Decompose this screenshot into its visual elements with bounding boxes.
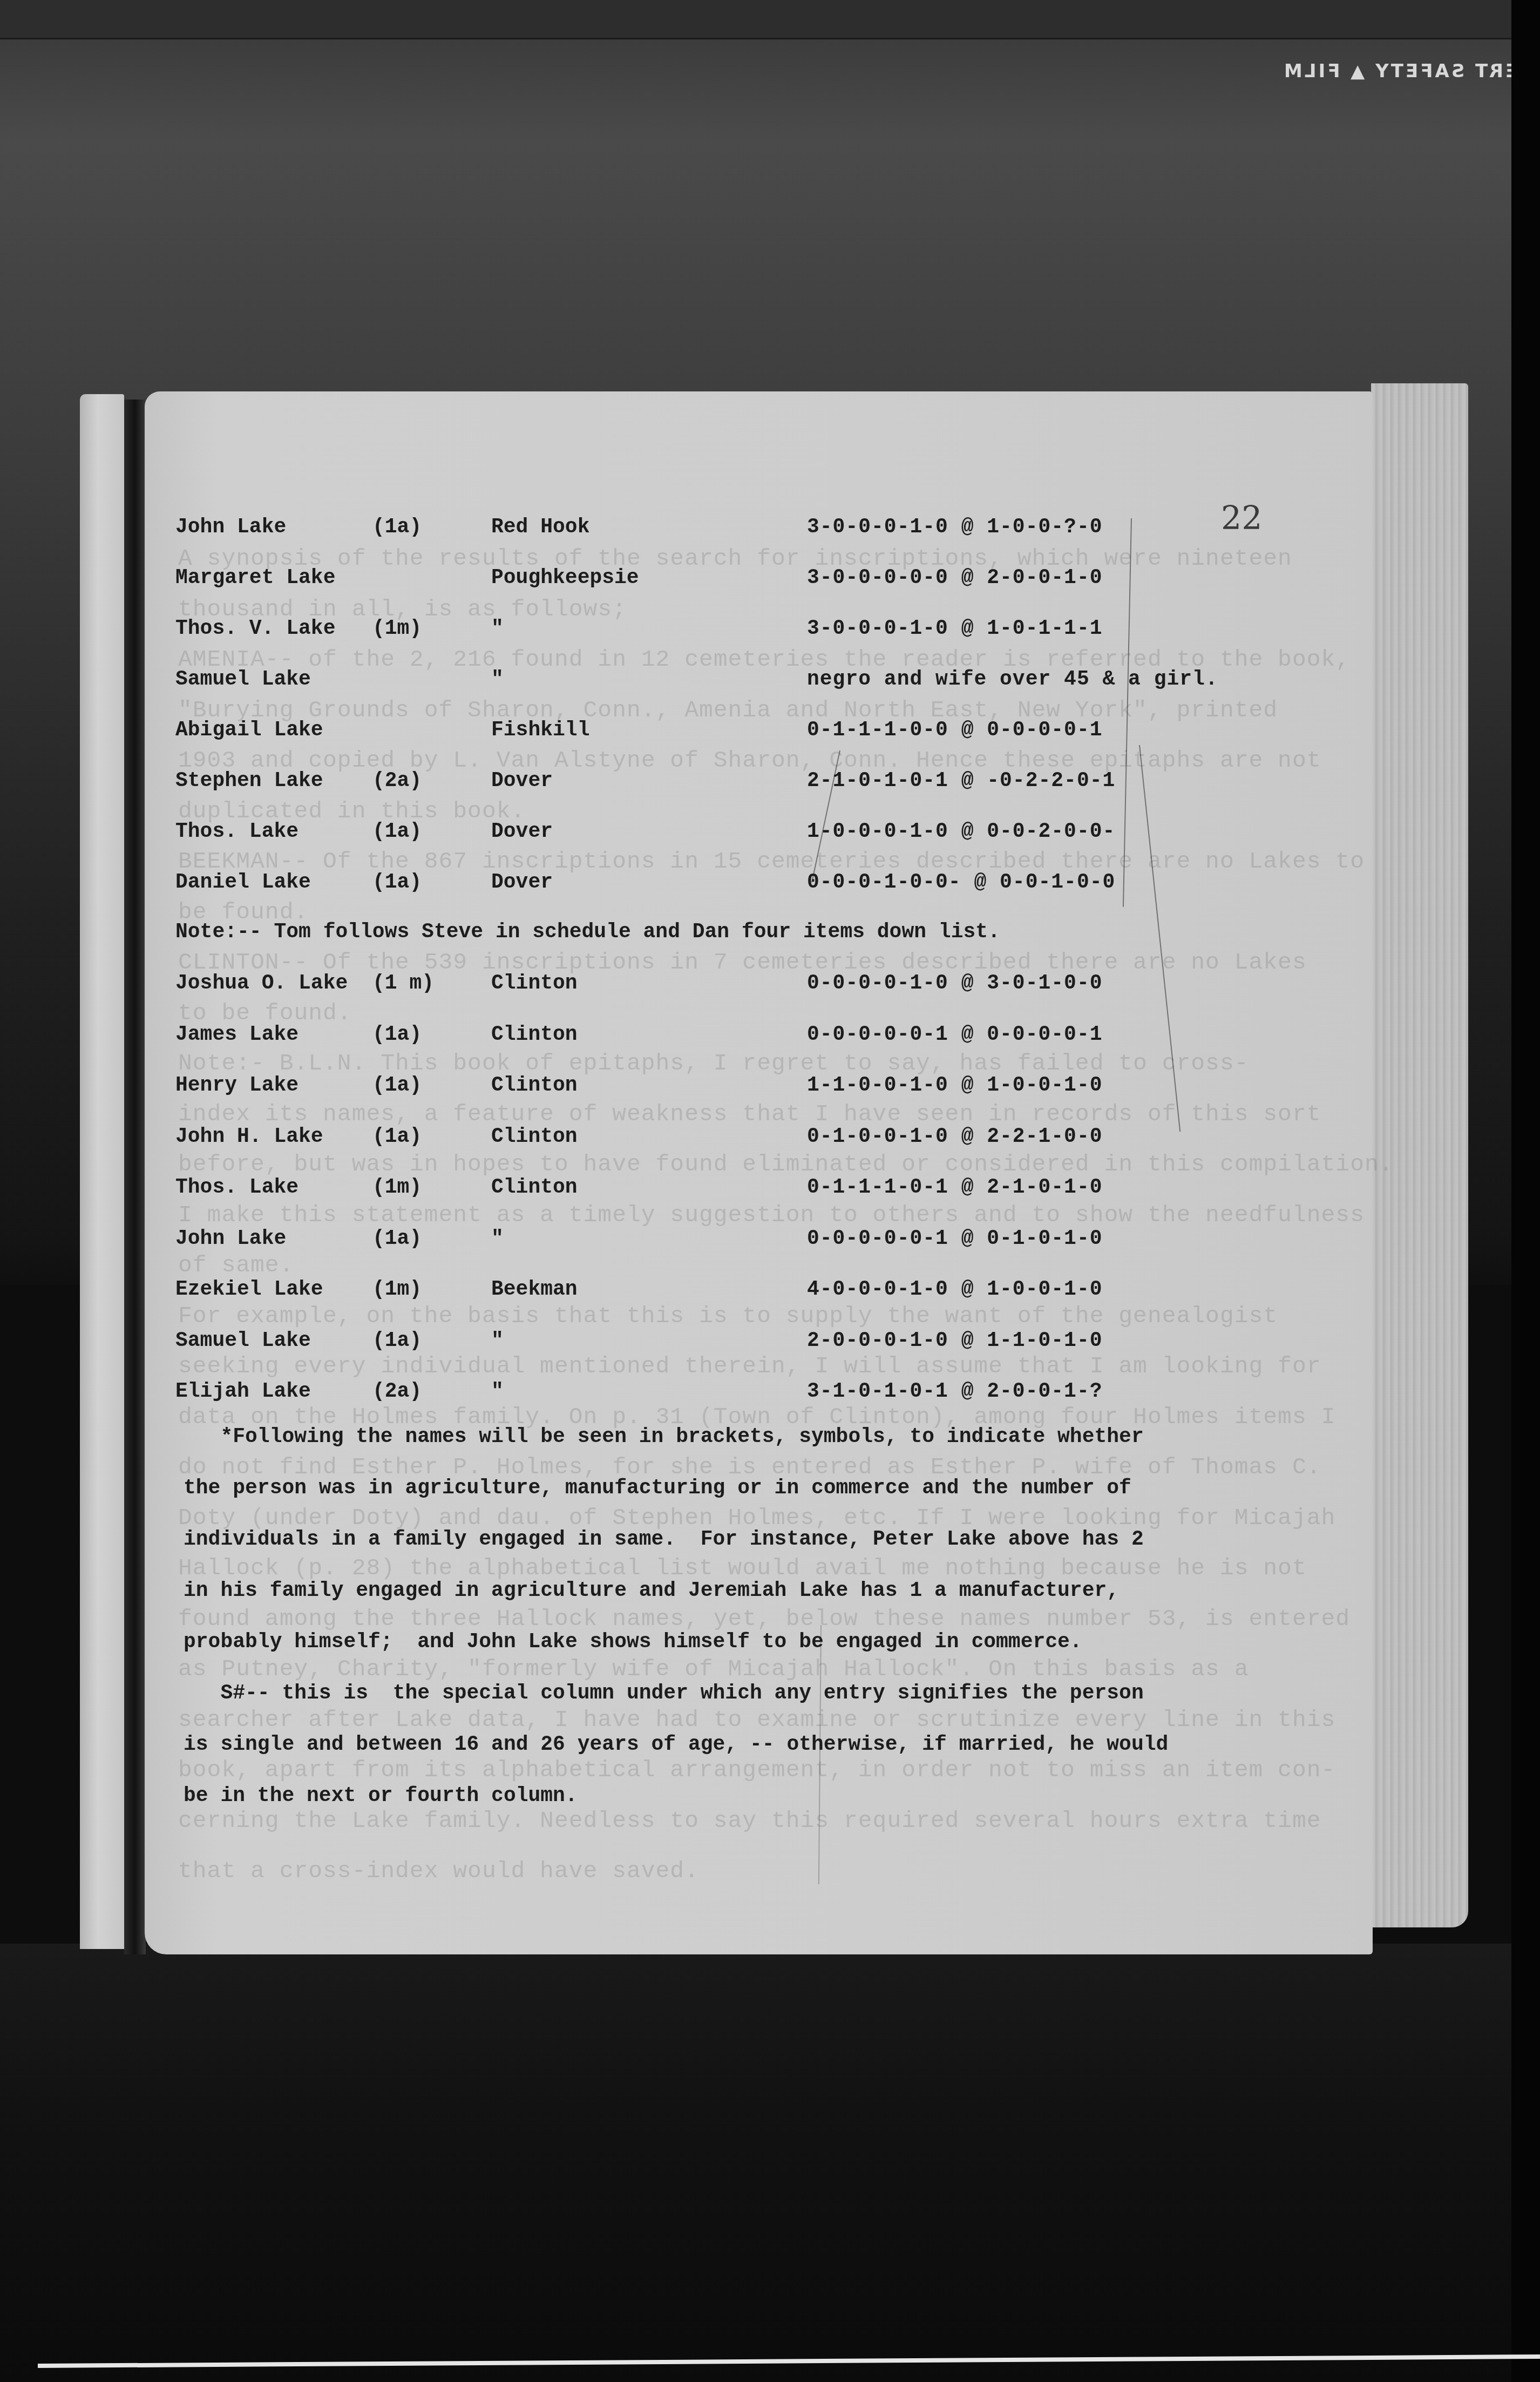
record-row: Thos. Lake(1m)Clinton0-1-1-1-0-1 @ 2-1-0…: [0, 1176, 1540, 1208]
occupation-code: (2a): [372, 769, 422, 793]
bleed-through-line: as Putney, Charity, "formerly wife of Mi…: [178, 1656, 1249, 1682]
census-counts: 3-0-0-0-0-0 @ 2-0-0-1-0: [807, 566, 1103, 590]
record-row: James Lake(1a)Clinton0-0-0-0-0-1 @ 0-0-0…: [0, 1023, 1540, 1055]
occupation-code: (2a): [372, 1380, 422, 1403]
bleed-through-line: searcher after Lake data, I have had to …: [178, 1707, 1335, 1733]
paragraph-line: be in the next or fourth column.: [184, 1784, 578, 1808]
town: Dover: [491, 820, 553, 843]
census-counts: 4-0-0-0-1-0 @ 1-0-0-1-0: [807, 1278, 1103, 1301]
record-row: Abigail LakeFishkill0-1-1-1-0-0 @ 0-0-0-…: [0, 719, 1540, 751]
person-name: Thos. Lake: [175, 1176, 298, 1199]
occupation-code: (1a): [372, 871, 422, 894]
film-edge-label: VAERT SAFETY ▲ FILM: [1282, 60, 1540, 82]
occupation-code: (1a): [372, 516, 422, 539]
person-name: Thos. V. Lake: [175, 617, 335, 640]
census-counts: 1-0-0-0-1-0 @ 0-0-2-0-0-: [807, 820, 1115, 843]
record-row: Samuel Lake(1a)"2-0-0-0-1-0 @ 1-1-0-1-0: [0, 1329, 1540, 1362]
film-background-bottom: [0, 1944, 1511, 2382]
record-row: Thos. Lake(1a)Dover1-0-0-0-1-0 @ 0-0-2-0…: [0, 820, 1540, 852]
town: ": [491, 1329, 504, 1352]
occupation-code: (1a): [372, 1023, 422, 1046]
record-row: Elijah Lake(2a)"3-1-0-1-0-1 @ 2-0-0-1-?: [0, 1380, 1540, 1412]
town: Red Hook: [491, 516, 589, 539]
record-row: John Lake(1a)"0-0-0-0-0-1 @ 0-1-0-1-0: [0, 1227, 1540, 1260]
census-counts: 3-0-0-0-1-0 @ 1-0-1-1-1: [807, 617, 1103, 640]
town: Clinton: [491, 1023, 578, 1046]
census-counts: 2-0-0-0-1-0 @ 1-1-0-1-0: [807, 1329, 1103, 1352]
record-row: John Lake(1a)Red Hook3-0-0-0-1-0 @ 1-0-0…: [0, 516, 1540, 548]
person-name: Samuel Lake: [175, 1329, 311, 1352]
person-name: Joshua O. Lake: [175, 972, 348, 995]
occupation-code: (1a): [372, 1329, 422, 1352]
occupation-code: (1m): [372, 1176, 422, 1199]
person-name: Margaret Lake: [175, 566, 335, 590]
person-name: John Lake: [175, 516, 286, 539]
bleed-through-line: book, apart from its alphabetical arrang…: [178, 1757, 1335, 1783]
town: Dover: [491, 769, 553, 793]
occupation-code: (1a): [372, 820, 422, 843]
record-row: John H. Lake(1a)Clinton0-1-0-0-1-0 @ 2-2…: [0, 1125, 1540, 1158]
occupation-code: (1a): [372, 1125, 422, 1148]
paragraph-line: probably himself; and John Lake shows hi…: [184, 1630, 1082, 1654]
person-name: Samuel Lake: [175, 668, 311, 691]
bleed-through-line: that a cross-index would have saved.: [178, 1858, 699, 1884]
paragraph-line: S#-- this is the special column under wh…: [184, 1682, 1144, 1705]
town: ": [491, 668, 504, 691]
person-name: Henry Lake: [175, 1074, 298, 1097]
census-counts: 0-0-0-1-0-0- @ 0-0-1-0-0: [807, 871, 1115, 894]
town: Clinton: [491, 1074, 578, 1097]
census-counts: 0-0-0-0-1-0 @ 3-0-1-0-0: [807, 972, 1103, 995]
census-counts: 3-1-0-1-0-1 @ 2-0-0-1-?: [807, 1380, 1103, 1403]
person-name: Ezekiel Lake: [175, 1278, 323, 1301]
record-row: Stephen Lake(2a)Dover2-1-0-1-0-1 @ -0-2-…: [0, 769, 1540, 802]
paragraph-line: the person was in agriculture, manufactu…: [184, 1477, 1131, 1500]
census-counts: 0-0-0-0-0-1 @ 0-0-0-0-1: [807, 1023, 1103, 1046]
person-name: John Lake: [175, 1227, 286, 1250]
town: Clinton: [491, 972, 578, 995]
record-row: Henry Lake(1a)Clinton1-1-0-0-1-0 @ 1-0-0…: [0, 1074, 1540, 1106]
record-row: Samuel Lake"negro and wife over 45 & a g…: [0, 668, 1540, 700]
census-counts: 2-1-0-1-0-1 @ -0-2-2-0-1: [807, 769, 1115, 793]
person-name: John H. Lake: [175, 1125, 323, 1148]
census-counts: negro and wife over 45 & a girl.: [807, 668, 1218, 691]
paragraph-line: is single and between 16 and 26 years of…: [184, 1733, 1168, 1756]
record-row: Thos. V. Lake(1m)"3-0-0-0-1-0 @ 1-0-1-1-…: [0, 617, 1540, 649]
paragraph-line: *Following the names will be seen in bra…: [184, 1425, 1144, 1449]
town: Dover: [491, 871, 553, 894]
town: Fishkill: [491, 719, 589, 742]
town: ": [491, 1380, 504, 1403]
census-counts: 3-0-0-0-1-0 @ 1-0-0-?-0: [807, 516, 1103, 539]
bleed-through-line: Hallock (p. 28) the alphabetical list wo…: [178, 1555, 1307, 1581]
paragraph-line: individuals in a family engaged in same.…: [184, 1528, 1144, 1551]
census-counts: 0-0-0-0-0-1 @ 0-1-0-1-0: [807, 1227, 1103, 1250]
person-name: Daniel Lake: [175, 871, 311, 894]
census-counts: 0-1-1-1-0-1 @ 2-1-0-1-0: [807, 1176, 1103, 1199]
town: Clinton: [491, 1176, 578, 1199]
film-top-band: [0, 0, 1511, 39]
town: Beekman: [491, 1278, 578, 1301]
record-row: Margaret LakePoughkeepsie3-0-0-0-0-0 @ 2…: [0, 566, 1540, 599]
record-row: Daniel Lake(1a)Dover0-0-0-1-0-0- @ 0-0-1…: [0, 871, 1540, 903]
record-row: Joshua O. Lake(1 m)Clinton0-0-0-0-1-0 @ …: [0, 972, 1540, 1004]
schedule-note: Note:-- Tom follows Steve in schedule an…: [175, 921, 1000, 944]
occupation-code: (1m): [372, 617, 422, 640]
person-name: James Lake: [175, 1023, 298, 1046]
person-name: Abigail Lake: [175, 719, 323, 742]
census-counts: 0-1-1-1-0-0 @ 0-0-0-0-1: [807, 719, 1103, 742]
occupation-code: (1a): [372, 1227, 422, 1250]
town: Clinton: [491, 1125, 578, 1148]
record-row: Ezekiel Lake(1m)Beekman4-0-0-0-1-0 @ 1-0…: [0, 1278, 1540, 1310]
person-name: Stephen Lake: [175, 769, 323, 793]
bleed-through-line: cerning the Lake family. Needless to say…: [178, 1808, 1321, 1834]
town: Poughkeepsie: [491, 566, 639, 590]
census-counts: 1-1-0-0-1-0 @ 1-0-0-1-0: [807, 1074, 1103, 1097]
occupation-code: (1 m): [372, 972, 434, 995]
bleed-through-line: found among the three Hallock names, yet…: [178, 1606, 1350, 1632]
person-name: Elijah Lake: [175, 1380, 311, 1403]
census-counts: 0-1-0-0-1-0 @ 2-2-1-0-0: [807, 1125, 1103, 1148]
occupation-code: (1m): [372, 1278, 422, 1301]
paragraph-line: in his family engaged in agriculture and…: [184, 1579, 1119, 1602]
town: ": [491, 1227, 504, 1250]
town: ": [491, 617, 504, 640]
person-name: Thos. Lake: [175, 820, 298, 843]
bleed-through-line: Doty (under Doty) and dau. of Stephen Ho…: [178, 1505, 1335, 1531]
occupation-code: (1a): [372, 1074, 422, 1097]
